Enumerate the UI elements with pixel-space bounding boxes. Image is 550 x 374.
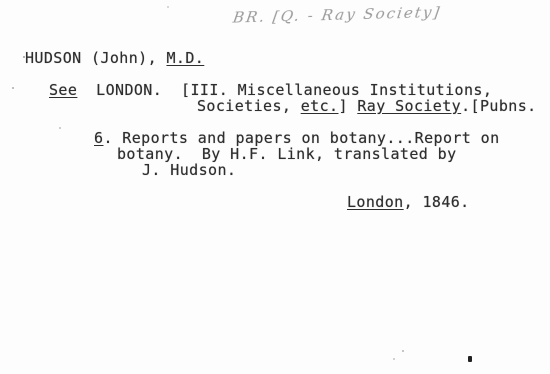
ink-speck (402, 350, 404, 352)
typed-text-segment: ] (338, 97, 357, 115)
reference-continuation-line: Societies, etc.] Ray Society.[Pubns. (197, 99, 537, 114)
see-reference-line: See LONDON. [III. Miscellaneous Institut… (49, 83, 492, 98)
catalog-card: BR. [Q. - Ray Society] HUDSON (John), M.… (0, 0, 550, 374)
ink-speck (23, 56, 25, 58)
ink-speck (12, 87, 14, 89)
entry-title-line: 6. Reports and papers on botany...Report… (94, 131, 500, 146)
typed-text-segment: , 1846. (404, 193, 470, 211)
entry-title-continuation-line: botany. By H.F. Link, translated by (117, 147, 457, 162)
heading-line-author: HUDSON (John), M.D. (25, 51, 204, 66)
typed-text-segment: .[Pubns. (461, 97, 536, 115)
ink-speck (393, 358, 395, 360)
typed-text-segment: M.D. (166, 49, 204, 67)
typed-text-segment: HUDSON (John), (25, 49, 166, 67)
typed-text-segment: etc. (301, 97, 339, 115)
typed-text-segment: J. Hudson. (142, 161, 236, 179)
typed-text-segment: London (347, 193, 404, 211)
typed-text-segment: See (49, 81, 77, 99)
translator-line: J. Hudson. (142, 163, 236, 178)
handwritten-annotation: BR. [Q. - Ray Society] (232, 3, 443, 27)
ink-speck (167, 6, 169, 8)
ink-speck (59, 127, 61, 129)
typed-text-segment: Ray Society (357, 97, 461, 115)
typed-text-segment: Societies, (197, 97, 301, 115)
imprint-line: London, 1846. (347, 195, 470, 210)
ink-speck (468, 356, 472, 362)
